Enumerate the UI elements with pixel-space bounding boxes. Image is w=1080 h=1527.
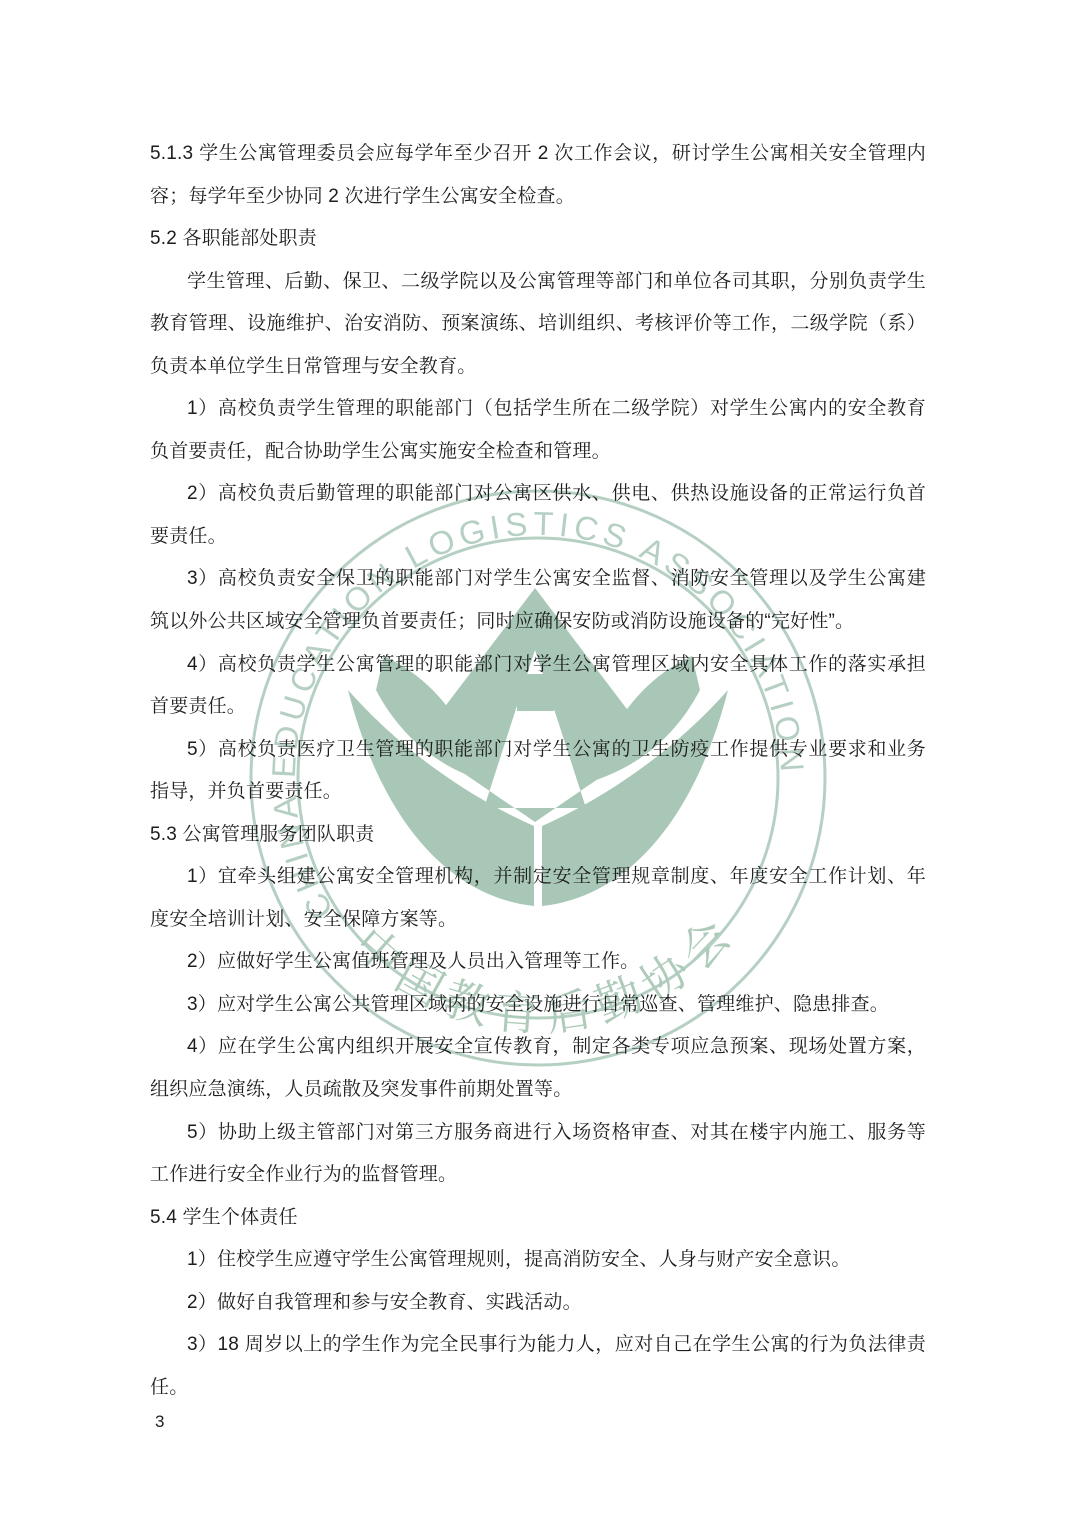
- document-lines: 5.1.3 学生公寓管理委员会应每学年至少召开 2 次工作会议，研讨学生公寓相关…: [150, 133, 926, 1409]
- text-line: 4）应在学生公寓内组织开展安全宣传教育，制定各类专项应急预案、现场处置方案，: [150, 1026, 926, 1069]
- text-line: 教育管理、设施维护、治安消防、预案演练、培训组织、考核评价等工作，二级学院（系）: [150, 303, 926, 346]
- text-line: 2）做好自我管理和参与安全教育、实践活动。: [150, 1282, 926, 1325]
- text-line: 1）住校学生应遵守学生公寓管理规则，提高消防安全、人身与财产安全意识。: [150, 1239, 926, 1282]
- page-number: 3: [155, 1408, 164, 1436]
- text-line: 4）高校负责学生公寓管理的职能部门对学生公寓管理区域内安全具体工作的落实承担: [150, 644, 926, 687]
- text-line: 3）18 周岁以上的学生作为完全民事行为能力人，应对自己在学生公寓的行为负法律责: [150, 1324, 926, 1367]
- text-line: 组织应急演练，人员疏散及突发事件前期处置等。: [150, 1069, 926, 1112]
- text-line: 1）高校负责学生管理的职能部门（包括学生所在二级学院）对学生公寓内的安全教育: [150, 388, 926, 431]
- text-line: 工作进行安全作业行为的监督管理。: [150, 1154, 926, 1197]
- text-line: 筑以外公共区域安全管理负首要责任；同时应确保安防或消防设施设备的“完好性”。: [150, 601, 926, 644]
- text-line: 3）高校负责安全保卫的职能部门对学生公寓安全监督、消防安全管理以及学生公寓建: [150, 558, 926, 601]
- text-line: 5.1.3 学生公寓管理委员会应每学年至少召开 2 次工作会议，研讨学生公寓相关…: [150, 133, 926, 176]
- text-line: 指导，并负首要责任。: [150, 771, 926, 814]
- text-line: 要责任。: [150, 516, 926, 559]
- text-line: 首要责任。: [150, 686, 926, 729]
- text-line: 3）应对学生公寓公共管理区域内的安全设施进行日常巡查、管理维护、隐患排查。: [150, 984, 926, 1027]
- text-line: 5.2 各职能部处职责: [150, 218, 926, 261]
- text-line: 5.4 学生个体责任: [150, 1197, 926, 1240]
- text-line: 5）协助上级主管部门对第三方服务商进行入场资格审查、对其在楼宇内施工、服务等: [150, 1112, 926, 1155]
- text-line: 容；每学年至少协同 2 次进行学生公寓安全检查。: [150, 176, 926, 219]
- text-line: 任。: [150, 1367, 926, 1410]
- text-line: 5）高校负责医疗卫生管理的职能部门对学生公寓的卫生防疫工作提供专业要求和业务: [150, 729, 926, 772]
- text-line: 5.3 公寓管理服务团队职责: [150, 814, 926, 857]
- text-line: 2）高校负责后勤管理的职能部门对公寓区供水、供电、供热设施设备的正常运行负首: [150, 473, 926, 516]
- text-line: 负责本单位学生日常管理与安全教育。: [150, 346, 926, 389]
- text-line: 学生管理、后勤、保卫、二级学院以及公寓管理等部门和单位各司其职，分别负责学生: [150, 261, 926, 304]
- text-line: 负首要责任，配合协助学生公寓实施安全检查和管理。: [150, 431, 926, 474]
- text-line: 度安全培训计划、安全保障方案等。: [150, 899, 926, 942]
- text-line: 1）宜牵头组建公寓安全管理机构，并制定安全管理规章制度、年度安全工作计划、年: [150, 856, 926, 899]
- text-line: 2）应做好学生公寓值班管理及人员出入管理等工作。: [150, 941, 926, 984]
- document-page: CHINA EDUCATION LOGISTICS ASSOCIATION 中国…: [0, 0, 1080, 1527]
